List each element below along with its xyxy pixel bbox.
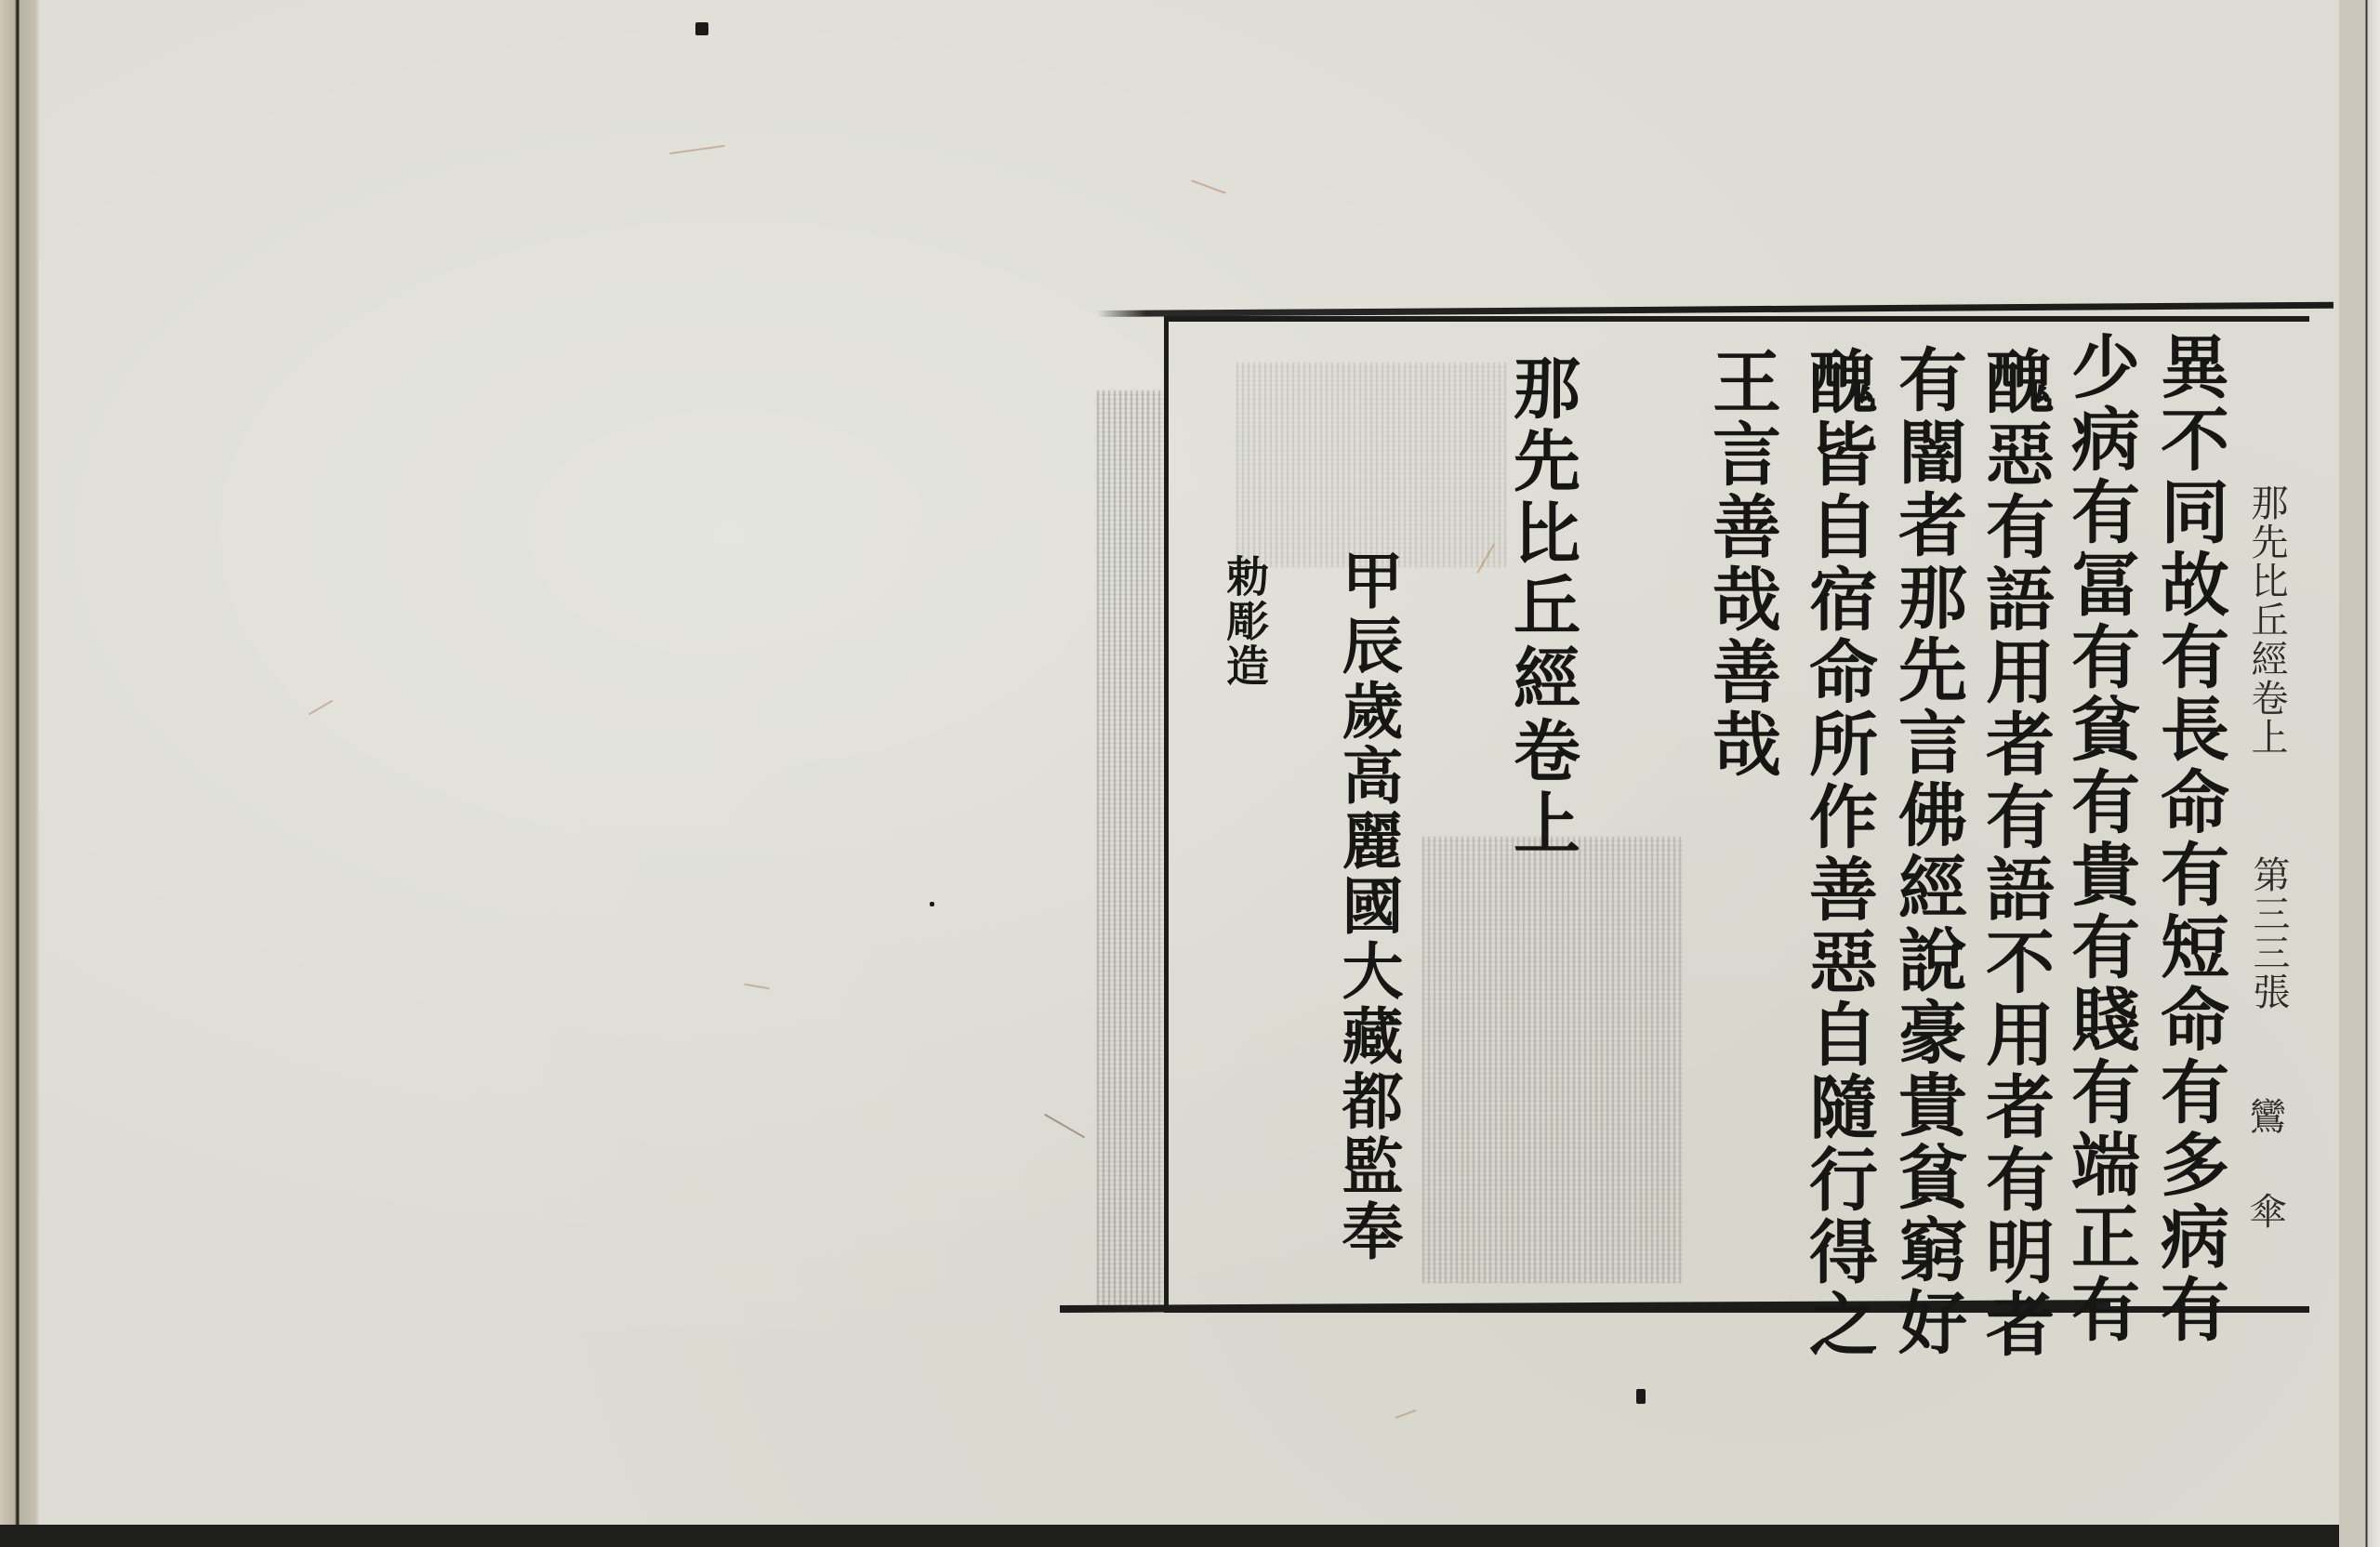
ink-speck — [930, 902, 934, 906]
left-binding-edge — [0, 0, 39, 1547]
worn-block-texture — [1097, 390, 1164, 1311]
margin-page-label: 第三三張 — [2250, 855, 2287, 1011]
margin-title-note: 那先比丘經卷上 — [2248, 483, 2285, 757]
body-column-4: 有闇者那先言佛經說豪貴貧窮好 — [1893, 344, 1962, 1359]
body-column-6: 王言善哉善哉 — [1707, 346, 1776, 781]
ink-speck — [1636, 1389, 1646, 1404]
colophon-line-1: 甲辰歲高麗國大藏都監奉 — [1337, 549, 1398, 1264]
margin-case-mark: 鸞 傘 — [2246, 1097, 2283, 1236]
ink-speck — [695, 22, 708, 35]
body-column-5: 醜皆自宿命所作善惡自隨行得之 — [1804, 346, 1872, 1361]
colophon-line-2: 勅彫造 — [1223, 554, 1266, 688]
body-column-2: 少病有冨有貧有貴有賤有端正有 — [2066, 331, 2135, 1346]
bottom-scan-shadow — [0, 1525, 2339, 1547]
right-page-edge — [2339, 0, 2380, 1547]
body-column-1: 異不同故有長命有短命有多病有 — [2155, 331, 2224, 1346]
worn-block-texture — [1236, 363, 1506, 567]
end-title: 那先比丘經卷上 — [1508, 353, 1575, 861]
body-column-3: 醜惡有語用者有語不用者有明者 — [1980, 346, 2049, 1361]
scanned-page-image: 那先比丘經卷上 第三三張 鸞 傘 異不同故有長命有短命有多病有 少病有冨有貧有貴… — [0, 0, 2380, 1547]
worn-block-texture — [1422, 837, 1683, 1283]
